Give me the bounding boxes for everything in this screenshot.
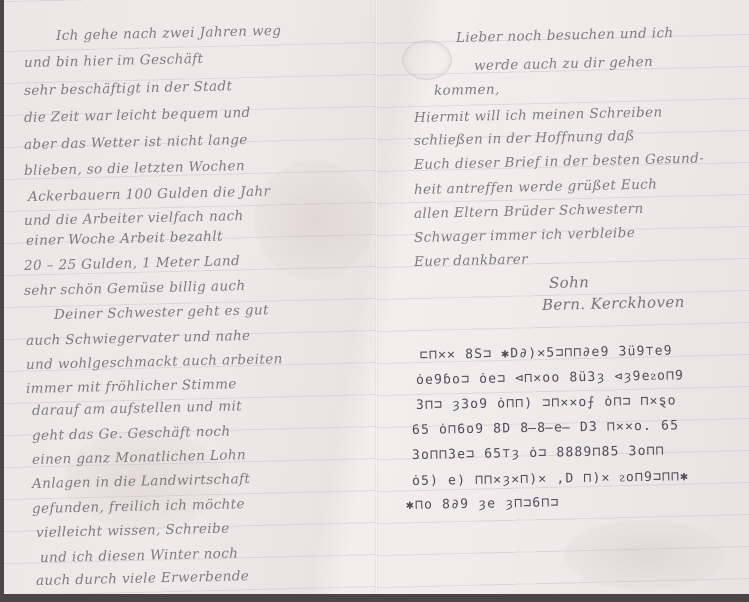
paper-stain — [564, 520, 724, 590]
signature: Bern. Kerckhoven — [542, 293, 685, 314]
page-fold — [375, 0, 378, 594]
right-line: Euer dankbarer — [414, 251, 528, 270]
letter-sheet: Ich gehe nach zwei Jahren weg und bin hi… — [4, 0, 749, 594]
embossed-seal — [402, 40, 452, 80]
paper-stain — [254, 160, 374, 280]
right-line: kommen, — [434, 82, 500, 99]
closing: Sohn — [549, 273, 590, 292]
cipher-line: ✱⊓o 8∂9 ȝe ȝ⊓⊐6⊓⊐ — [406, 495, 560, 513]
